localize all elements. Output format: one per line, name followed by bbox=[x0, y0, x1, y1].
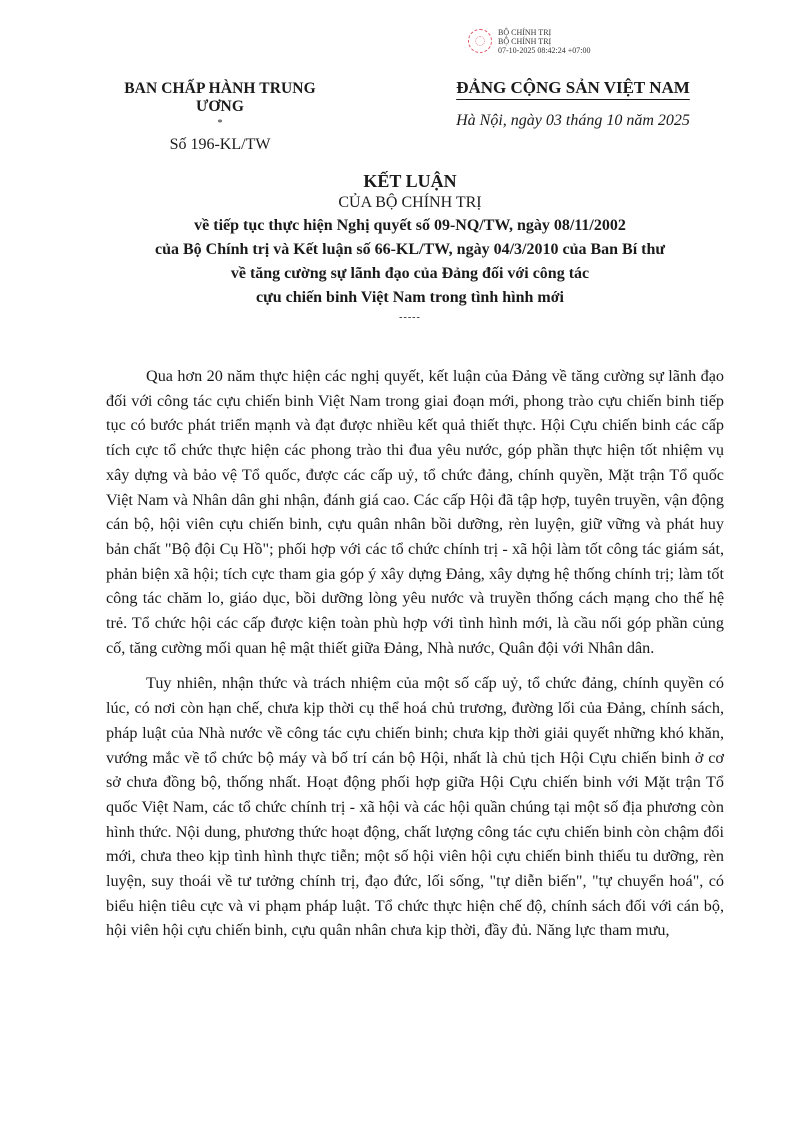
paragraph: Tuy nhiên, nhận thức và trách nhiệm của … bbox=[106, 671, 724, 943]
document-number: Số 196-KL/TW bbox=[100, 136, 340, 154]
document-title: KẾT LUẬN bbox=[60, 170, 760, 192]
title-about-line-3: về tăng cường sự lãnh đạo của Đảng đối v… bbox=[60, 262, 760, 286]
title-about-line-4: cựu chiến binh Việt Nam trong tình hình … bbox=[60, 286, 760, 310]
paragraph: Qua hơn 20 năm thực hiện các nghị quyết,… bbox=[106, 364, 724, 660]
party-name: ĐẢNG CỘNG SẢN VIỆT NAM bbox=[388, 78, 758, 98]
star-divider: * bbox=[100, 118, 340, 130]
signer-line-1: BỘ CHÍNH TRỊ bbox=[498, 28, 591, 37]
title-about-line-1: về tiếp tục thực hiện Nghị quyết số 09-N… bbox=[60, 214, 760, 238]
title-separator: ----- bbox=[60, 312, 760, 324]
seal-icon bbox=[468, 29, 492, 53]
signature-info: BỘ CHÍNH TRỊ BỘ CHÍNH TRỊ 07-10-2025 08:… bbox=[498, 28, 591, 55]
signature-timestamp: 07-10-2025 08:42:24 +07:00 bbox=[498, 46, 591, 55]
document-issuer: CỦA BỘ CHÍNH TRỊ bbox=[60, 192, 760, 214]
party-header-block: ĐẢNG CỘNG SẢN VIỆT NAM Hà Nội, ngày 03 t… bbox=[388, 78, 758, 130]
place-and-date: Hà Nội, ngày 03 tháng 10 năm 2025 bbox=[388, 112, 758, 130]
issuing-authority-block: BAN CHẤP HÀNH TRUNG ƯƠNG * Số 196-KL/TW bbox=[100, 80, 340, 154]
digital-signature-stamp: BỘ CHÍNH TRỊ BỘ CHÍNH TRỊ 07-10-2025 08:… bbox=[468, 28, 591, 55]
organization-name: BAN CHẤP HÀNH TRUNG ƯƠNG bbox=[100, 80, 340, 116]
title-about-line-2: của Bộ Chính trị và Kết luận số 66-KL/TW… bbox=[60, 238, 760, 262]
document-title-block: KẾT LUẬN CỦA BỘ CHÍNH TRỊ về tiếp tục th… bbox=[60, 170, 760, 324]
document-body: Qua hơn 20 năm thực hiện các nghị quyết,… bbox=[106, 364, 724, 954]
signer-line-2: BỘ CHÍNH TRỊ bbox=[498, 37, 591, 46]
